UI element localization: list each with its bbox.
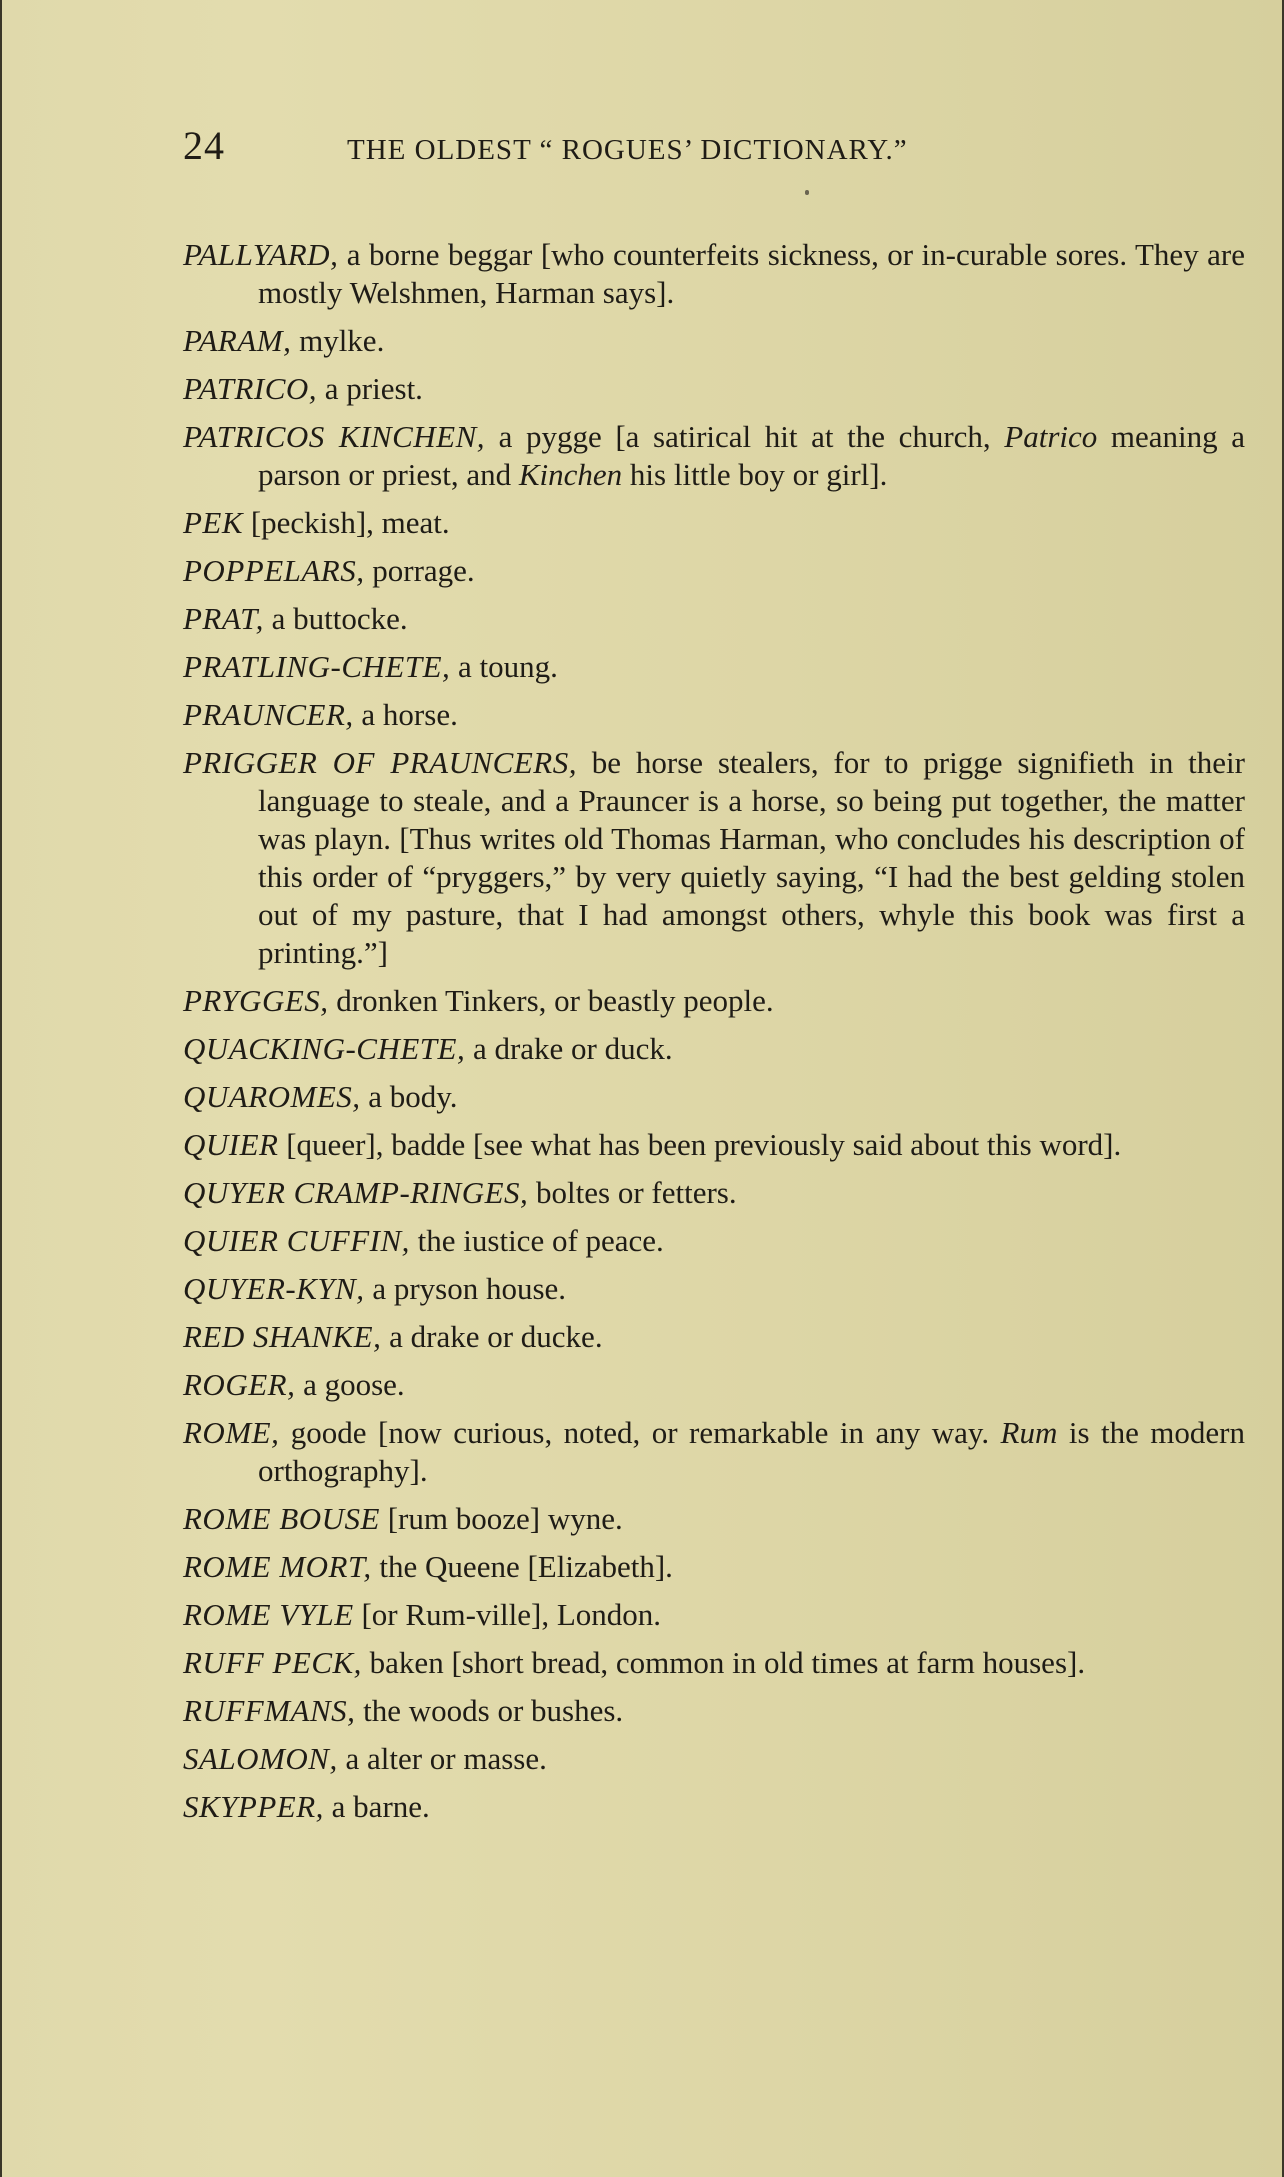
- dictionary-entry: QUYER-KYN, a pryson house.: [183, 1270, 1245, 1308]
- dictionary-entry: PEK [peckish], meat.: [183, 504, 1245, 542]
- dictionary-entry: RED SHANKE, a drake or ducke.: [183, 1318, 1245, 1356]
- dictionary-entry: RUFFMANS, the woods or bushes.: [183, 1692, 1245, 1730]
- dictionary-entry: ROME MORT, the Queene [Elizabeth].: [183, 1548, 1245, 1586]
- definition: a horse.: [354, 697, 458, 732]
- dictionary-entry: ROGER, a goose.: [183, 1366, 1245, 1404]
- headword: QUYER-KYN,: [183, 1271, 365, 1306]
- dictionary-entry: PRIGGER OF PRAUNCERS, be horse stealers,…: [183, 744, 1245, 972]
- dictionary-entry: QUACKING-CHETE, a drake or duck.: [183, 1030, 1245, 1068]
- headword: SKYPPER,: [183, 1789, 324, 1824]
- headword: PEK: [183, 505, 243, 540]
- definition: a buttocke.: [264, 601, 408, 636]
- definition: porrage.: [365, 553, 475, 588]
- dictionary-entry: QUIER [queer], badde [see what has been …: [183, 1126, 1245, 1164]
- dictionary-entry: PARAM, mylke.: [183, 322, 1245, 360]
- headword: PATRICOS KINCHEN,: [183, 419, 485, 454]
- definition: a alter or masse.: [338, 1741, 547, 1776]
- dictionary-entry: PRATLING-CHETE, a toung.: [183, 648, 1245, 686]
- dictionary-entry: PRYGGES, dronken Tinkers, or beastly peo…: [183, 982, 1245, 1020]
- definition: a drake or ducke.: [381, 1319, 602, 1354]
- definition: baken [short bread, common in old times …: [362, 1645, 1085, 1680]
- headword: POPPELARS,: [183, 553, 365, 588]
- definition-italic: Rum: [1001, 1415, 1058, 1450]
- page-title: THE OLDEST “ ROGUES’ DICTIONARY.”: [347, 134, 908, 167]
- headword: QUIER CUFFIN,: [183, 1223, 410, 1258]
- dictionary-entry: QUYER CRAMP-RINGES, boltes or fetters.: [183, 1174, 1245, 1212]
- definition: a toung.: [450, 649, 558, 684]
- headword: PATRICO,: [183, 371, 317, 406]
- headword: SALOMON,: [183, 1741, 338, 1776]
- definition-italic: Patrico: [1004, 419, 1097, 454]
- headword: PALLYARD,: [183, 237, 338, 272]
- dictionary-entry: POPPELARS, porrage.: [183, 552, 1245, 590]
- definition: [or Rum-ville], London.: [354, 1597, 661, 1632]
- dictionary-entry: QUAROMES, a body.: [183, 1078, 1245, 1116]
- dictionary-entry: PATRICOS KINCHEN, a pygge [a satirical h…: [183, 418, 1245, 494]
- dictionary-entry: PRAUNCER, a horse.: [183, 696, 1245, 734]
- definition: mylke.: [291, 323, 384, 358]
- definition: his little boy or girl].: [622, 457, 887, 492]
- running-head: 24 THE OLDEST “ ROGUES’ DICTIONARY.”: [183, 122, 1183, 170]
- headword: PRAUNCER,: [183, 697, 354, 732]
- definition: the woods or bushes.: [355, 1693, 623, 1728]
- headword: PRATLING-CHETE,: [183, 649, 450, 684]
- definition: a barne.: [324, 1789, 430, 1824]
- definition: boltes or fetters.: [528, 1175, 736, 1210]
- definition: the Queene [Elizabeth].: [372, 1549, 673, 1584]
- definition: the iustice of peace.: [410, 1223, 664, 1258]
- headword: QUIER: [183, 1127, 278, 1162]
- headword: ROME BOUSE: [183, 1501, 380, 1536]
- headword: ROME MORT,: [183, 1549, 372, 1584]
- dictionary-entry: SKYPPER, a barne.: [183, 1788, 1245, 1826]
- dictionary-entry: RUFF PECK, baken [short bread, common in…: [183, 1644, 1245, 1682]
- dictionary-entries: PALLYARD, a borne beggar [who counterfei…: [183, 236, 1245, 1836]
- headword: ROME VYLE: [183, 1597, 354, 1632]
- headword: QUYER CRAMP-RINGES,: [183, 1175, 528, 1210]
- headword: PRAT,: [183, 601, 264, 636]
- headword: QUACKING-CHETE,: [183, 1031, 465, 1066]
- page-number: 24: [183, 122, 225, 169]
- definition: a drake or duck.: [465, 1031, 672, 1066]
- page-edge-left: [0, 0, 2, 2177]
- headword: RUFF PECK,: [183, 1645, 362, 1680]
- definition: dronken Tinkers, or beastly people.: [329, 983, 774, 1018]
- headword: PRIGGER OF PRAUNCERS,: [183, 745, 577, 780]
- headword: ROGER,: [183, 1367, 295, 1402]
- dictionary-entry: ROME BOUSE [rum booze] wyne.: [183, 1500, 1245, 1538]
- dictionary-entry: SALOMON, a alter or masse.: [183, 1740, 1245, 1778]
- dictionary-entry: PALLYARD, a borne beggar [who counterfei…: [183, 236, 1245, 312]
- headword: PARAM,: [183, 323, 291, 358]
- headword: QUAROMES,: [183, 1079, 361, 1114]
- definition: a priest.: [317, 371, 423, 406]
- dictionary-entry: PATRICO, a priest.: [183, 370, 1245, 408]
- definition: a borne beggar [who counterfeits sicknes…: [258, 237, 1245, 310]
- dictionary-entry: QUIER CUFFIN, the iustice of peace.: [183, 1222, 1245, 1260]
- definition: [peckish], meat.: [243, 505, 450, 540]
- dictionary-entry: ROME, goode [now curious, noted, or rema…: [183, 1414, 1245, 1490]
- headword: RED SHANKE,: [183, 1319, 381, 1354]
- dictionary-entry: ROME VYLE [or Rum-ville], London.: [183, 1596, 1245, 1634]
- definition: [rum booze] wyne.: [380, 1501, 623, 1536]
- definition: a goose.: [295, 1367, 404, 1402]
- print-speck: [805, 190, 809, 195]
- definition: goode [now curious, noted, or remarkable…: [279, 1415, 1000, 1450]
- definition-italic: Kinchen: [519, 457, 622, 492]
- definition: [queer], badde [see what has been previo…: [278, 1127, 1121, 1162]
- dictionary-entry: PRAT, a buttocke.: [183, 600, 1245, 638]
- headword: ROME,: [183, 1415, 279, 1450]
- definition: a pryson house.: [365, 1271, 566, 1306]
- headword: RUFFMANS,: [183, 1693, 355, 1728]
- definition: a body.: [361, 1079, 458, 1114]
- definition: a pygge [a satirical hit at the church,: [485, 419, 1004, 454]
- headword: PRYGGES,: [183, 983, 329, 1018]
